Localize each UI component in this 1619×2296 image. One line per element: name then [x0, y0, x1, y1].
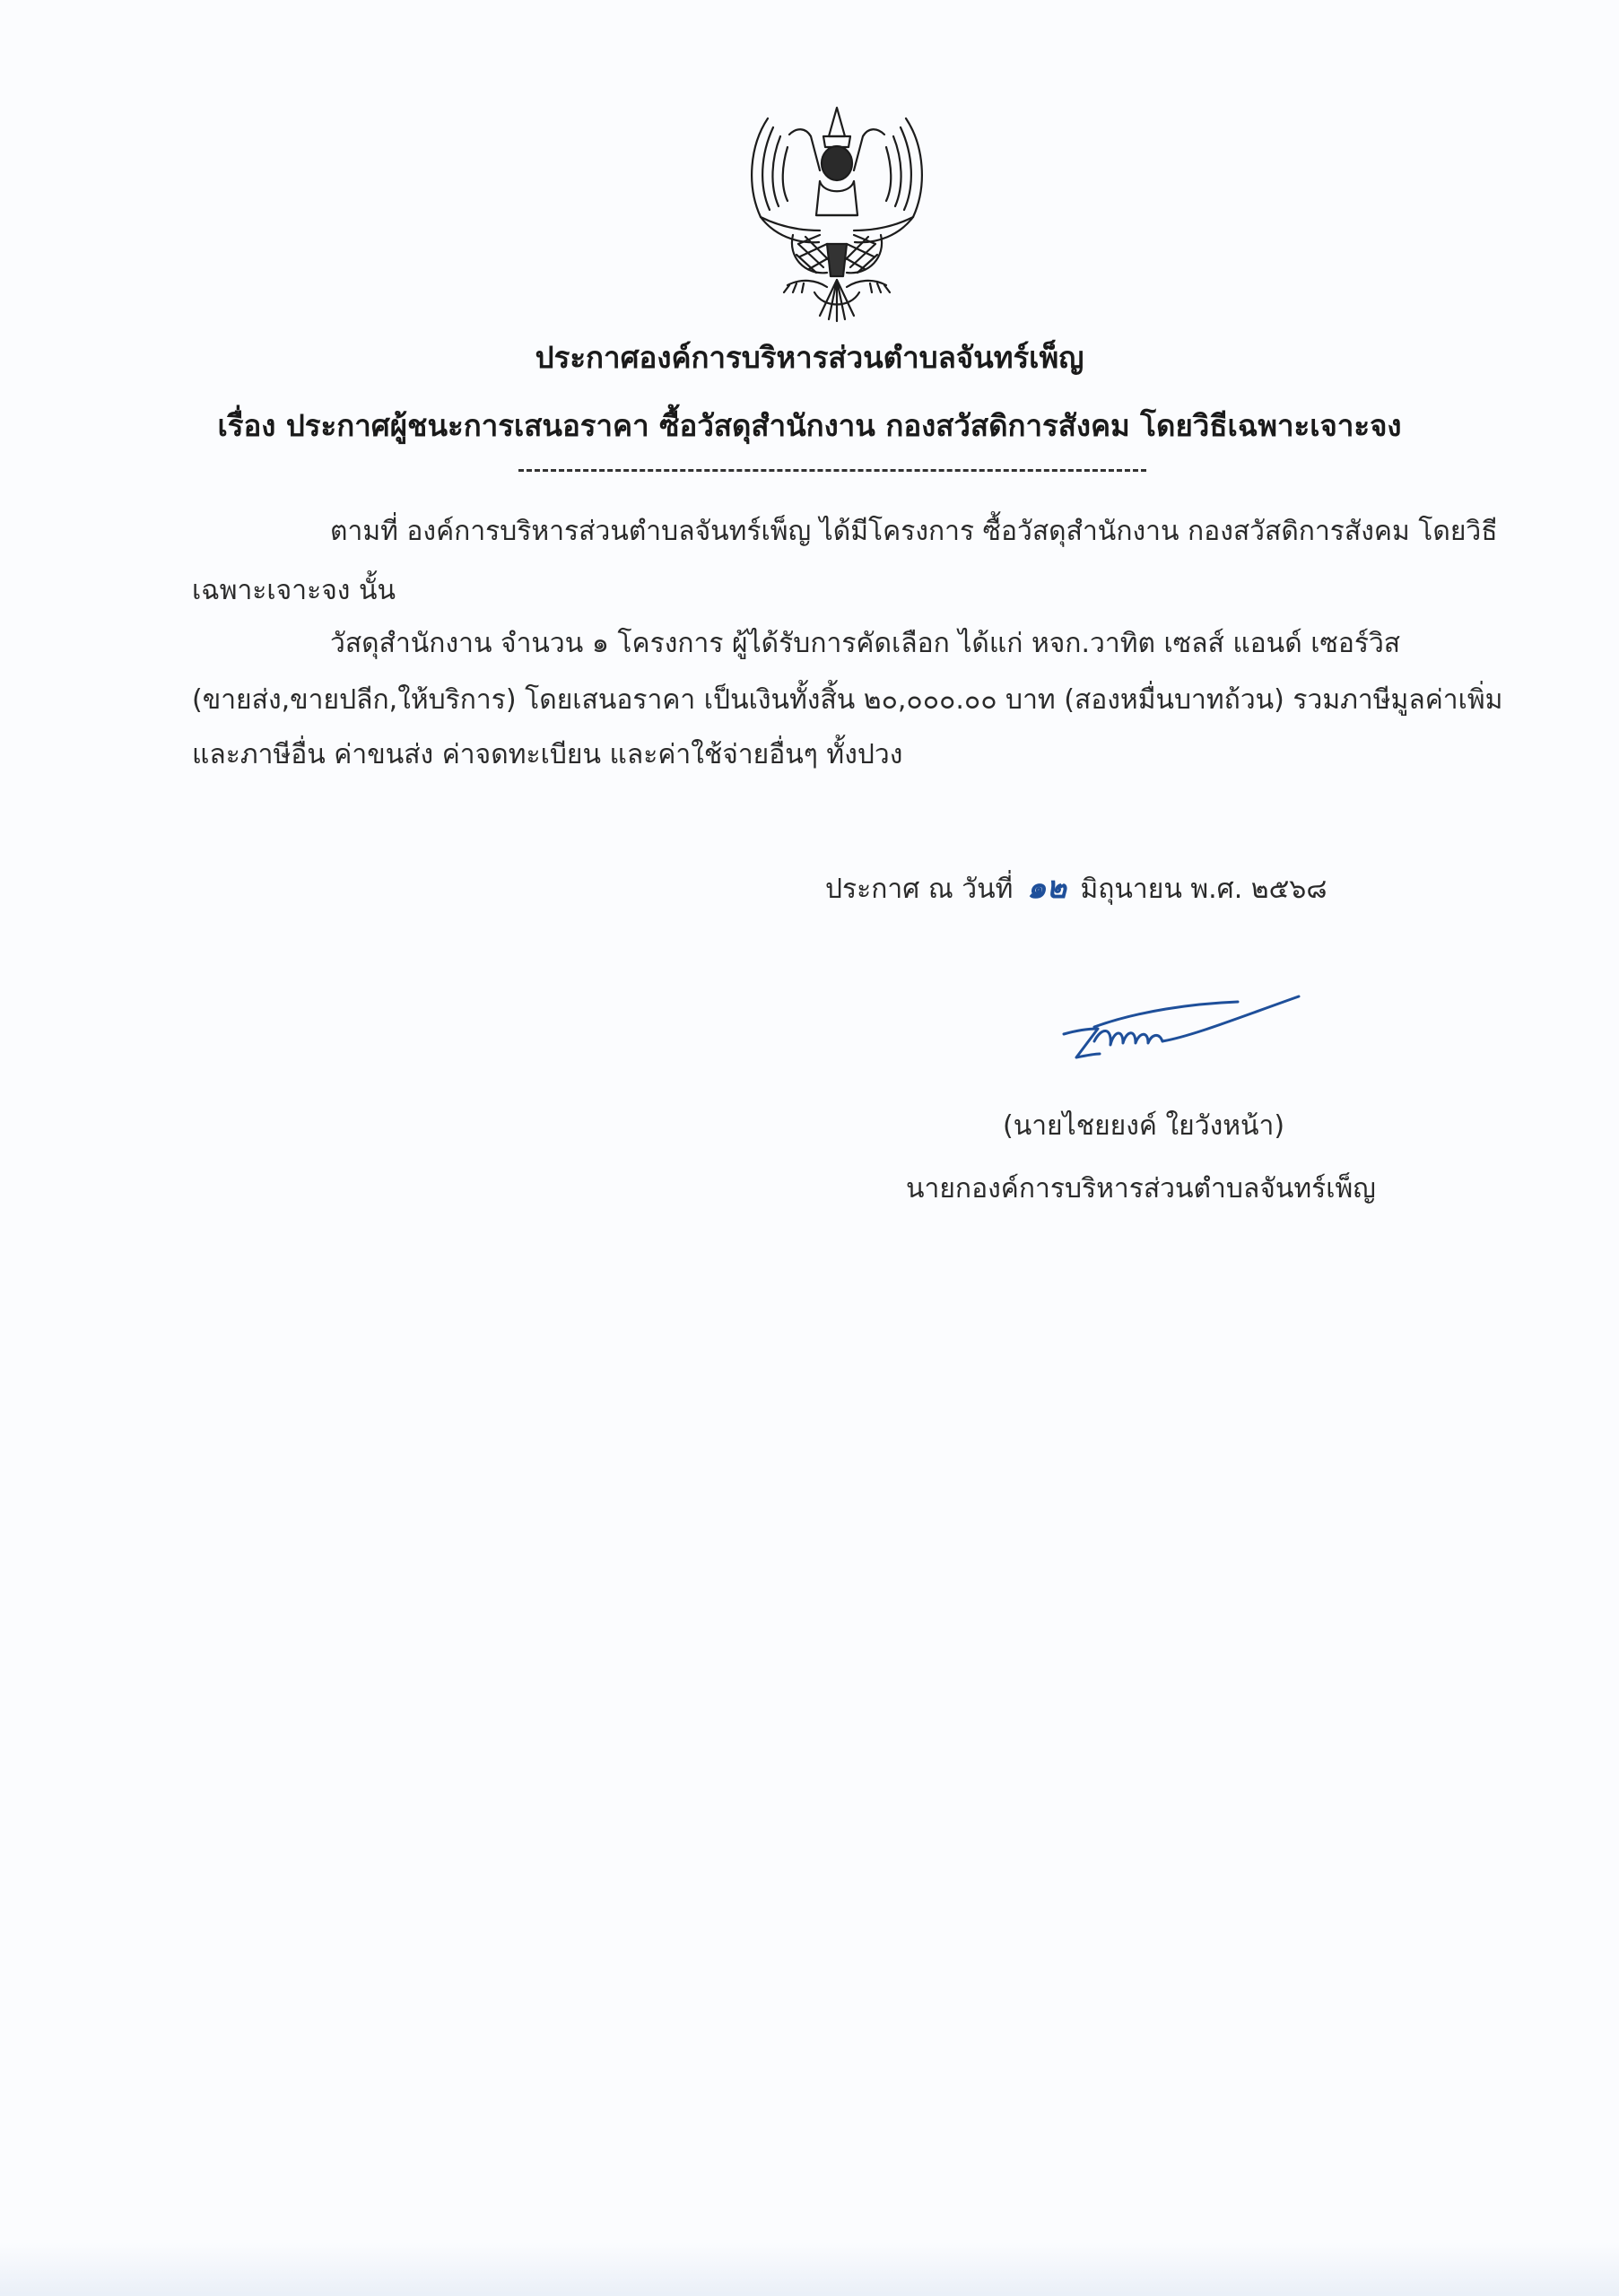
date-suffix: มิถุนายน พ.ศ. ๒๕๖๘: [1080, 874, 1327, 905]
handwritten-day: ๑๒: [1022, 870, 1072, 906]
announcement-date: ประกาศ ณ วันที่ ๑๒ มิถุนายน พ.ศ. ๒๕๖๘: [825, 863, 1327, 911]
garuda-emblem-icon: [734, 100, 940, 326]
paragraph-2-line-1: วัสดุสำนักงาน จำนวน ๑ โครงการ ผู้ได้รับก…: [330, 631, 1400, 657]
signatory-position: นายกองค์การบริหารส่วนตำบลจันทร์เพ็ญ: [906, 1168, 1376, 1210]
scan-edge-shadow: [0, 2242, 1619, 2296]
paragraph-1-line-1: ตามที่ องค์การบริหารส่วนตำบลจันทร์เพ็ญ ไ…: [330, 518, 1498, 545]
announcement-subject: เรื่อง ประกาศผู้ชนะการเสนอราคา ซื้อวัสดุ…: [0, 402, 1619, 449]
announcement-heading: ประกาศองค์การบริหารส่วนตำบลจันทร์เพ็ญ: [0, 334, 1619, 381]
signature-icon: [1058, 991, 1310, 1063]
date-prefix: ประกาศ ณ วันที่: [825, 874, 1013, 905]
paragraph-1-line-2: เฉพาะเจาะจง นั้น: [192, 578, 396, 604]
separator-dashed-line: [518, 469, 1146, 472]
paragraph-2-line-2: (ขายส่ง,ขายปลีก,ให้บริการ) โดยเสนอราคา เ…: [192, 687, 1502, 714]
paragraph-2-line-3: และภาษีอื่น ค่าขนส่ง ค่าจดทะเบียน และค่า…: [192, 742, 902, 769]
signatory-name: (นายไชยยงค์ ใยวังหน้า): [1003, 1105, 1284, 1147]
